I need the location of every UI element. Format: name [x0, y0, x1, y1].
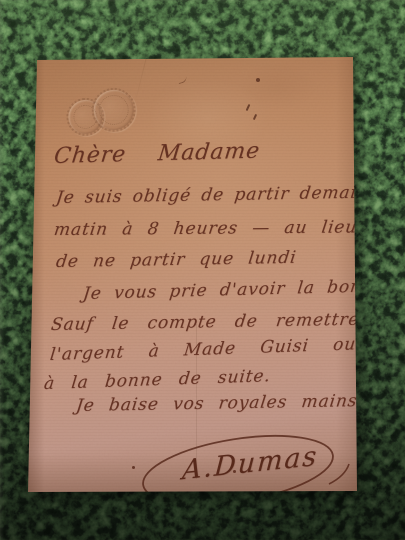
letter-line-closing: Je baise vos royales mains [75, 393, 358, 415]
embossed-seal-icon [63, 84, 135, 143]
ink-dot [233, 470, 236, 473]
paper-shadow-wrap: Chère Madame Je suis obligé de partir de… [28, 56, 359, 493]
letter-line: matin à 8 heures — au lieu [53, 219, 358, 239]
letter-line-greeting: Chère Madame [53, 141, 262, 168]
ink-speck [256, 78, 260, 82]
letter-photograph: Chère Madame Je suis obligé de partir de… [0, 0, 405, 540]
letter-line: de ne partir que lundi [55, 250, 298, 271]
letter-paper: Chère Madame Je suis obligé de partir de… [28, 56, 359, 493]
ink-dot [132, 466, 135, 469]
